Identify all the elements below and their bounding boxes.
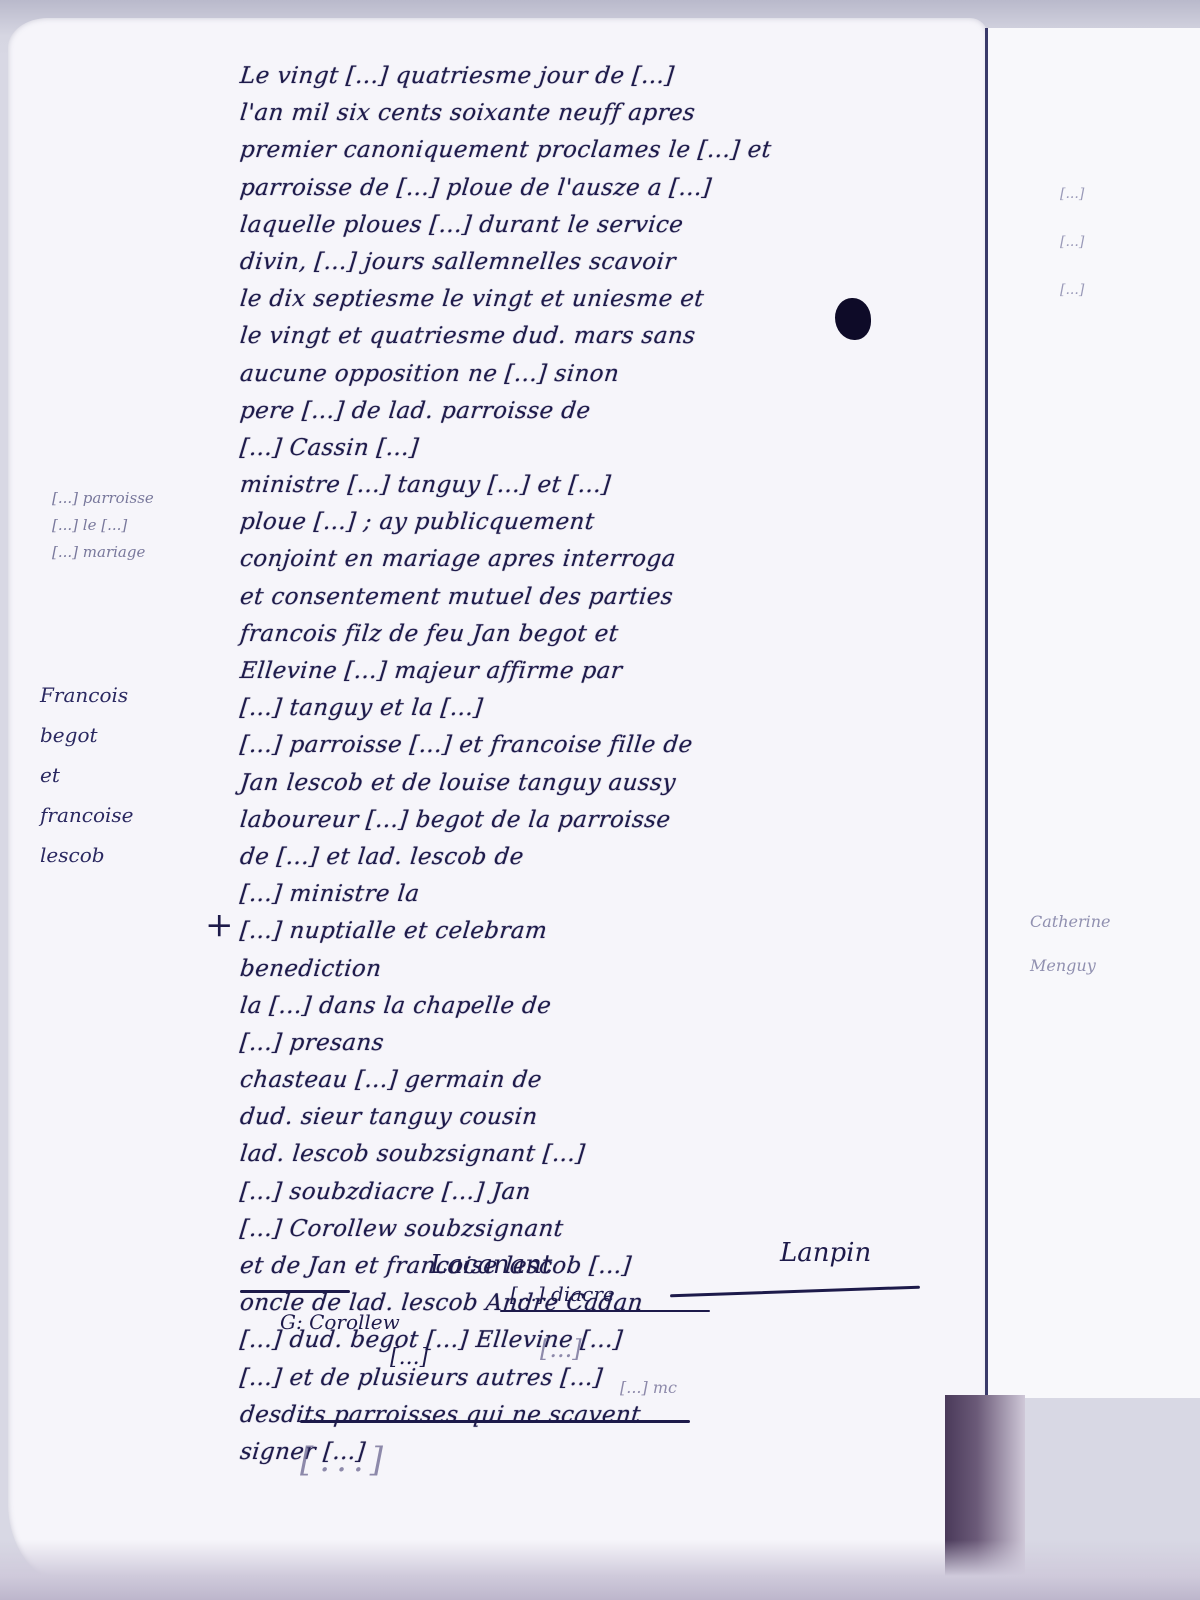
text-line: aucune opposition ne [...] sinon (238, 356, 982, 393)
margin-note-right-lower: Catherine Menguy (1030, 900, 1190, 988)
signature: G: Corollew (280, 1310, 400, 1334)
text-line: chasteau [...] germain de (238, 1062, 982, 1099)
margin-note-line: [...] le [...] (52, 512, 242, 539)
margin-note-left-upper: [...] parroisse [...] le [...] [...] mar… (52, 485, 242, 566)
margin-note-line: Catherine (1030, 900, 1190, 944)
text-line: pere [...] de lad. parroisse de (238, 393, 982, 430)
margin-note-line: [...] parroisse (52, 485, 242, 512)
signature: [...] (540, 1335, 582, 1363)
signature: [...] (390, 1345, 428, 1370)
text-line: de [...] et lad. lescob de (238, 839, 982, 876)
text-line: [...] nuptialle et celebram (238, 913, 982, 950)
margin-note-left-names: Francois begot et francoise lescob (40, 675, 190, 875)
margin-note-line: begot (40, 715, 190, 755)
signature: Lacanant (430, 1250, 552, 1280)
text-line: [...] Cassin [...] (238, 430, 982, 467)
margin-note-line: [...] (1060, 170, 1180, 218)
margin-note-line: Francois (40, 675, 190, 715)
text-line: lad. lescob soubzsignant [...] (238, 1136, 982, 1173)
signature-underline (500, 1310, 710, 1312)
margin-note-line: lescob (40, 835, 190, 875)
margin-note-line: [...] (1060, 218, 1180, 266)
text-line: la [...] dans la chapelle de (238, 988, 982, 1025)
signature: [...] (300, 1440, 389, 1480)
text-line: [...] soubzdiacre [...] Jan (238, 1174, 982, 1211)
signature-underline (240, 1290, 350, 1293)
text-line: le vingt et quatriesme dud. mars sans (238, 318, 982, 355)
text-line: Le vingt [...] quatriesme jour de [...] (238, 58, 982, 95)
signature: [...] diacre (510, 1282, 615, 1306)
text-line: Jan lescob et de louise tanguy aussy (238, 765, 982, 802)
text-line: [...] parroisse [...] et francoise fille… (238, 727, 982, 764)
text-line: conjoint en mariage apres interroga (238, 541, 982, 578)
margin-note-right-upper: [...] [...] [...] (1060, 170, 1180, 314)
margin-note-line: [...] (1060, 266, 1180, 314)
text-line: laquelle ploues [...] durant le service (238, 207, 982, 244)
text-line: le dix septiesme le vingt et uniesme et (238, 281, 982, 318)
signature-underline (300, 1420, 690, 1423)
text-line: ministre [...] tanguy [...] et [...] (238, 467, 982, 504)
text-line: [...] ministre la (238, 876, 982, 913)
text-line: premier canoniquement proclames le [...]… (238, 132, 982, 169)
signature-underline (670, 1286, 920, 1298)
margin-note-line: francoise (40, 795, 190, 835)
text-line: divin, [...] jours sallemnelles scavoir (238, 244, 982, 281)
text-line: benediction (238, 951, 982, 988)
margin-note-line: et (40, 755, 190, 795)
text-line: [...] presans (238, 1025, 982, 1062)
text-line: dud. sieur tanguy cousin (238, 1099, 982, 1136)
text-line: Ellevine [...] majeur affirme par (238, 653, 982, 690)
text-line: l'an mil six cents soixante neuff apres (238, 95, 982, 132)
margin-note-line: [...] mariage (52, 539, 242, 566)
text-line: francois filz de feu Jan begot et (238, 616, 982, 653)
text-line: laboureur [...] begot de la parroisse (238, 802, 982, 839)
text-line: et consentement mutuel des parties (238, 579, 982, 616)
text-line: parroisse de [...] ploue de l'ausze a [.… (238, 170, 982, 207)
text-line: [...] tanguy et la [...] (238, 690, 982, 727)
signature: [...] mc (620, 1378, 677, 1397)
margin-note-line: Menguy (1030, 944, 1190, 988)
text-line: ploue [...] ; ay publicquement (238, 504, 982, 541)
signature: Lanpin (780, 1238, 871, 1268)
cross-mark: + (205, 905, 234, 945)
signatures-block: Lacanant Lanpin [...] diacre G: Corollew… (260, 1250, 960, 1550)
